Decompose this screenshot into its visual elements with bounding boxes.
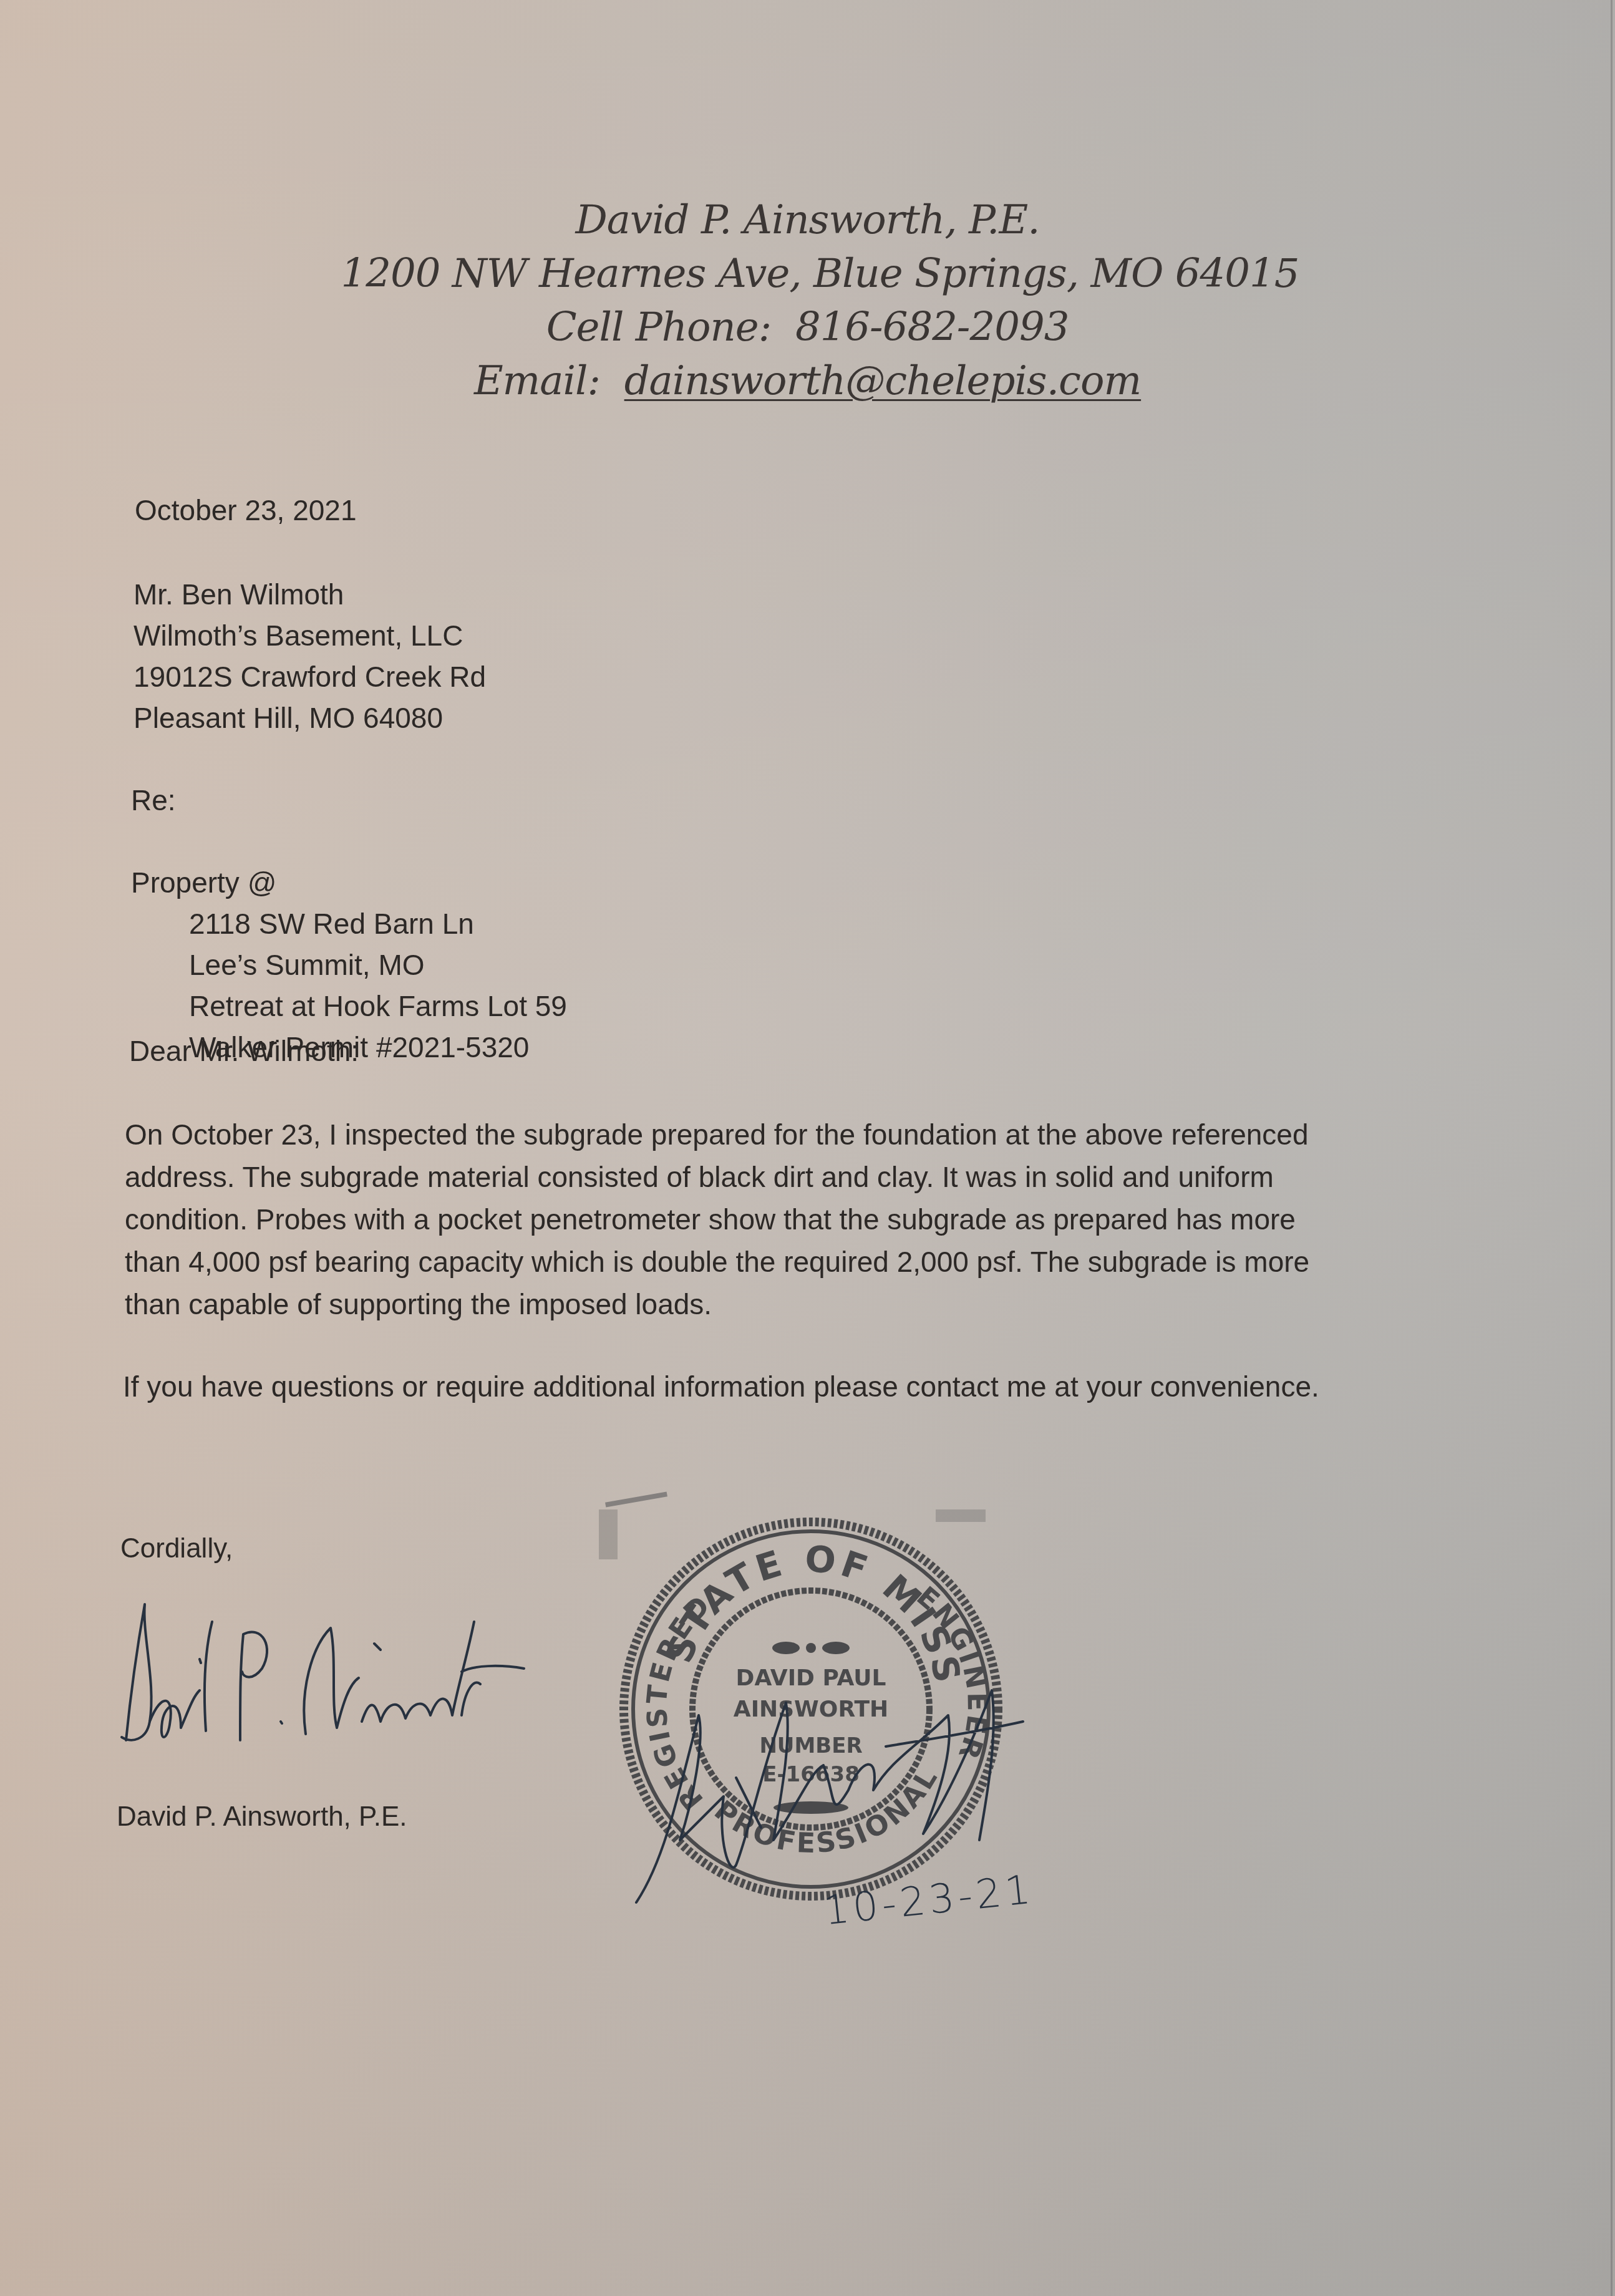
re-line: Lee’s Summit, MO: [189, 944, 567, 986]
salutation: Dear Mr. Wilmoth:: [129, 1030, 359, 1072]
handwritten-signature: [112, 1597, 611, 1759]
recipient-street: 19012S Crawford Creek Rd: [133, 656, 486, 697]
email-label: Email:: [474, 358, 600, 404]
letterhead-phone-line: Cell Phone: 816-682-2093: [0, 301, 1615, 354]
re-label: Re:: [131, 780, 567, 821]
paragraph-line: address. The subgrade material consisted…: [125, 1156, 1435, 1198]
paragraph-line: On October 23, I inspected the subgrade …: [125, 1113, 1435, 1156]
phone-label: Cell Phone:: [546, 304, 772, 351]
re-line: 2118 SW Red Barn Ln: [189, 903, 567, 944]
re-line: Retreat at Hook Farms Lot 59: [189, 986, 567, 1027]
signer-name: David P. Ainsworth, P.E.: [117, 1796, 407, 1838]
email-link[interactable]: dainsworth@chelepis.com: [624, 358, 1141, 404]
phone-number: 816-682-2093: [795, 304, 1069, 351]
re-subject: Property @: [131, 862, 567, 903]
body-paragraph: On October 23, I inspected the subgrade …: [125, 1113, 1435, 1325]
re-first-line: Re: Property @: [131, 780, 567, 903]
paragraph-line: than 4,000 psf bearing capacity which is…: [125, 1241, 1435, 1283]
letterhead-address: 1200 NW Hearnes Ave, Blue Springs, MO 64…: [25, 247, 1615, 301]
reference-block: Re: Property @ 2118 SW Red Barn Ln Lee’s…: [131, 780, 567, 1068]
recipient-company: Wilmoth’s Basement, LLC: [133, 615, 486, 656]
recipient-name: Mr. Ben Wilmoth: [133, 574, 486, 615]
recipient-city: Pleasant Hill, MO 64080: [133, 697, 486, 739]
valediction: Cordially,: [120, 1528, 233, 1569]
paragraph-line: than capable of supporting the imposed l…: [125, 1283, 1435, 1325]
paragraph-line: condition. Probes with a pocket penetrom…: [125, 1198, 1435, 1241]
closing-paragraph: If you have questions or require additio…: [123, 1366, 1319, 1407]
letterhead-email-line: Email: dainsworth@chelepis.com: [0, 354, 1615, 408]
letterhead: David P. Ainsworth, P.E. 1200 NW Hearnes…: [0, 193, 1615, 408]
letterhead-name: David P. Ainsworth, P.E.: [0, 193, 1615, 247]
recipient-address-block: Mr. Ben Wilmoth Wilmoth’s Basement, LLC …: [133, 574, 486, 739]
letter-date: October 23, 2021: [135, 490, 356, 531]
